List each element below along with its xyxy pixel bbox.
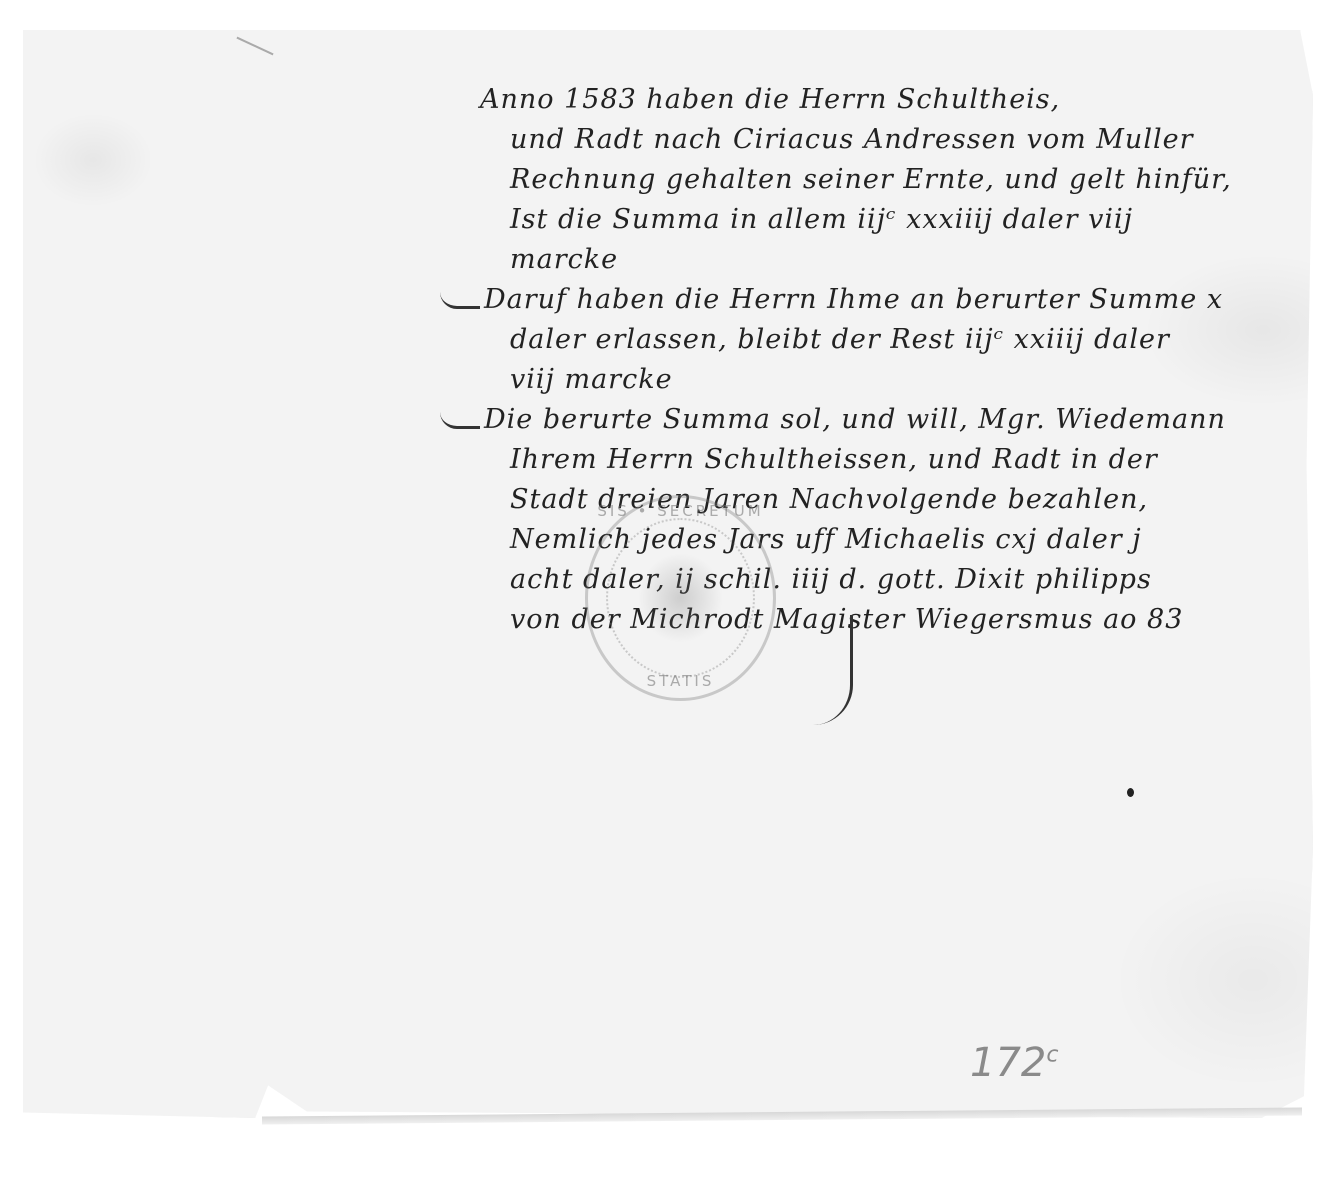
folio-number-value: 172 bbox=[970, 1040, 1046, 1086]
text-line-10: Ihrem Herrn Schultheissen, und Radt in d… bbox=[480, 440, 1300, 480]
text-line-9: Die berurte Summa sol, und will, Mgr. Wi… bbox=[440, 400, 1300, 440]
seal-text-bottom: STATIS bbox=[588, 672, 773, 690]
folio-number: 172c bbox=[970, 1040, 1058, 1086]
text-line-1: Anno 1583 haben die Herrn Schultheis, bbox=[480, 80, 1300, 120]
ink-blot bbox=[1127, 788, 1134, 797]
text-line-2: und Radt nach Ciriacus Andressen vom Mul… bbox=[480, 120, 1300, 160]
text-line-5: marcke bbox=[480, 240, 1300, 280]
text-line-3: Rechnung gehalten seiner Ernte, und gelt… bbox=[480, 160, 1300, 200]
text-line-8: viij marcke bbox=[480, 360, 1300, 400]
text-line-7: daler erlassen, bleibt der Rest iijᶜ xxi… bbox=[480, 320, 1300, 360]
lion-emblem-icon bbox=[638, 553, 723, 643]
signature-flourish bbox=[800, 615, 853, 725]
folio-suffix: c bbox=[1046, 1043, 1058, 1068]
text-line-6: Daruf haben die Herrn Ihme an berurter S… bbox=[440, 280, 1300, 320]
text-line-4: Ist die Summa in allem iijᶜ xxxiiij dale… bbox=[480, 200, 1300, 240]
seal-text-top: SIS • SECRETUM bbox=[588, 502, 773, 520]
archive-stamp-seal: SIS • SECRETUM STATIS bbox=[585, 495, 776, 701]
